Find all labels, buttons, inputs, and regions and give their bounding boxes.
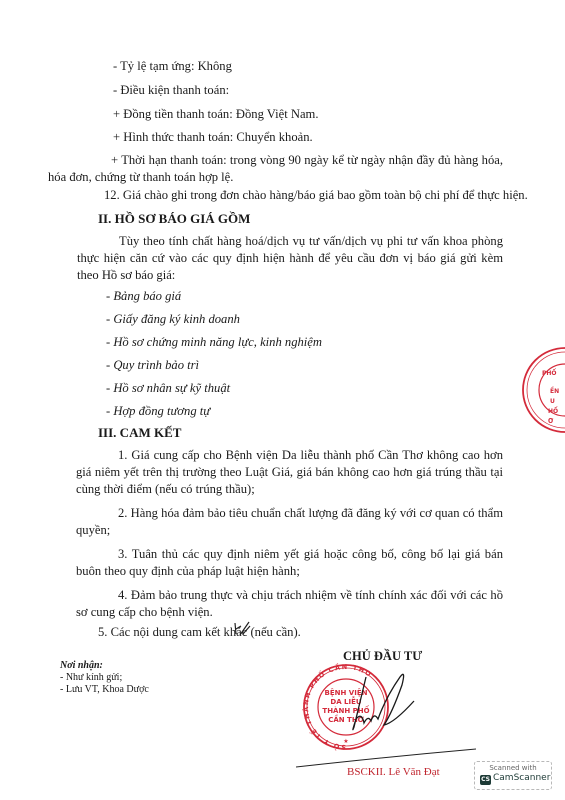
payment-currency: + Đồng tiền thanh toán: Đồng Việt Nam. <box>113 106 318 122</box>
section-2-heading: II. HỒ SƠ BÁO GIÁ GỒM <box>98 211 250 227</box>
svg-text:Ơ: Ơ <box>548 418 554 425</box>
svg-text:★: ★ <box>343 738 348 745</box>
svg-text:U: U <box>550 398 555 405</box>
svg-text:CẦN THƠ: CẦN THƠ <box>328 714 364 724</box>
document-page: - Tỷ lệ tạm ứng: Không - Điều kiện thanh… <box>0 0 565 800</box>
initials-mark-icon <box>232 620 252 638</box>
doc-item-0: - Bảng báo giá <box>106 288 181 304</box>
payment-conditions-label: - Điều kiện thanh toán: <box>113 82 229 98</box>
signer-name: BSCKII. Lê Văn Đạt <box>347 764 440 780</box>
recipient-0: - Như kính gửi; <box>60 672 122 684</box>
commitment-2: 2. Hàng hóa đảm bảo tiêu chuẩn chất lượn… <box>76 505 503 539</box>
doc-item-3: - Quy trình bảo trì <box>106 357 199 373</box>
svg-text:DA LIỄU: DA LIỄU <box>330 696 362 706</box>
partial-stamp: PHỐ ỀN U HỐ Ơ <box>510 345 565 435</box>
advance-rate: - Tỷ lệ tạm ứng: Không <box>113 58 232 74</box>
svg-text:THÀNH PHỐ: THÀNH PHỐ <box>322 705 369 715</box>
section-2-intro: Tùy theo tính chất hàng hoá/dịch vụ tư v… <box>77 233 503 284</box>
payment-deadline: + Thời hạn thanh toán: trong vòng 90 ngà… <box>48 152 503 186</box>
doc-item-1: - Giấy đăng ký kinh doanh <box>106 311 240 327</box>
svg-text:HỐ: HỐ <box>548 407 558 415</box>
scanned-with-label: Scanned with <box>475 764 551 772</box>
doc-item-4: - Hồ sơ nhân sự kỹ thuật <box>106 380 230 396</box>
camscanner-badge: Scanned with CS CamScanner <box>474 761 552 790</box>
commitment-1: 1. Giá cung cấp cho Bệnh viện Da liễu th… <box>76 447 503 498</box>
doc-item-2: - Hồ sơ chứng minh năng lực, kinh nghiệm <box>106 334 322 350</box>
recipients-label: Nơi nhận: <box>60 660 103 672</box>
section-3-heading: III. CAM KẾT <box>98 425 181 441</box>
doc-item-5: - Hợp đồng tương tự <box>106 403 210 419</box>
recipient-1: - Lưu VT, Khoa Dược <box>60 684 149 696</box>
official-stamp: SỞ Y TẾ THÀNH PHỐ CẦN THƠ BỆNH VIỆN DA L… <box>296 657 476 781</box>
svg-text:PHỐ: PHỐ <box>542 369 557 377</box>
camscanner-name: CamScanner <box>493 773 550 783</box>
svg-text:ỀN: ỀN <box>550 386 559 395</box>
commitment-4: 4. Đảm bảo trung thực và chịu trách nhiệ… <box>76 587 503 621</box>
item-12: 12. Giá chào ghi trong đơn chào hàng/báo… <box>104 187 528 203</box>
camscanner-logo-icon: CS <box>480 775 491 785</box>
commitment-5: 5. Các nội dung cam kết khác (nếu cần). <box>98 624 301 640</box>
payment-method: + Hình thức thanh toán: Chuyển khoản. <box>113 129 313 145</box>
commitment-3: 3. Tuân thủ các quy định niêm yết giá ho… <box>76 546 503 580</box>
